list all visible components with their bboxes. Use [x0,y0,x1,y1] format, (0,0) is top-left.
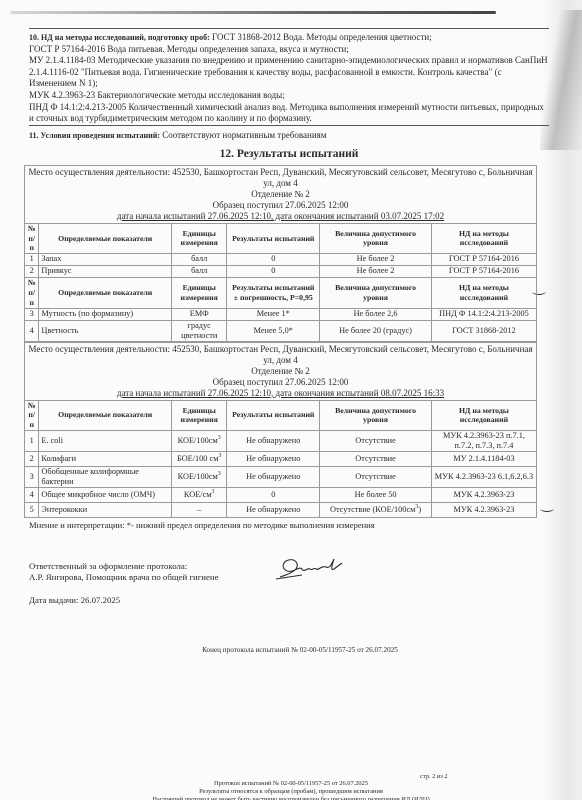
handwritten-signature-icon [272,555,352,581]
method-line: ПНД Ф 14.1:2:4.213-2005 Количественный х… [29,102,549,125]
table-row: 1 E. coli КОЕ/100см3 Не обнаружено Отсут… [25,430,537,451]
limit: Не более 2,6 [320,308,432,320]
conditions-value: Соответствуют нормативным требованиям [162,130,326,140]
col-header: Величина допустимого уровня [320,400,432,430]
test-dates: дата начала испытаний 27.06.2025 12:10, … [27,211,534,222]
table-row: 4 Общее микробное число (ОМЧ) КОЕ/см3 0 … [25,487,537,502]
sample-info: Место осуществления деятельности: 452530… [25,342,537,400]
table-row: 4 Цветность градус цветности Менее 5,0* … [25,320,537,341]
footer-line: Настоящий протокол не может быть частичн… [0,796,582,800]
section-11-label: 11. Условия проведения испытаний: [29,131,160,140]
result: Менее 1* [227,308,320,320]
method: МУК 4.2.3963-23 [431,502,536,517]
result: Не обнаружено [227,430,320,451]
unit-text: КОЕ/см [184,490,212,499]
unit-exponent: 3 [212,489,215,495]
unit-exponent: 3 [218,453,221,459]
indicator-name: Цветность [39,320,172,341]
page-edge-shadow [10,11,496,14]
result: 0 [227,265,320,277]
unit: балл [172,265,227,277]
row-number: 3 [25,308,39,320]
limit: Не более 20 (градус) [320,320,432,341]
limit: Отсутствие [320,430,432,451]
section-10-methods: 10. НД на методы исследований, подготовк… [29,29,549,125]
unit: балл [172,253,227,265]
method-line: ГОСТ 31868-2012 Вода. Методы определения… [212,32,432,42]
col-header: Определяемые показатели [39,223,172,253]
col-header: Единицы измерения [172,223,227,253]
results-table-1: Место осуществления деятельности: 452530… [24,165,537,342]
indicator-name: Общее микробное число (ОМЧ) [39,487,172,502]
table-row: 3 Мутность (по формазину) ЕМФ Менее 1* Н… [25,308,537,320]
department: Отделение № 2 [27,189,534,200]
footer-line: Протокол испытаний № 02-00-05/11957-25 о… [0,780,582,788]
table-row: 3 Обобщенные колиформные бактерии КОЕ/10… [25,466,537,487]
unit: градус цветности [172,320,227,341]
row-number: 1 [25,430,39,451]
unit: КОЕ/100см3 [172,430,227,451]
signature-block: Ответственный за оформление протокола: А… [29,561,549,583]
result: 0 [227,487,320,502]
sample-received: Образец поступил 27.06.2025 12:00 [27,200,534,211]
table-row: 5 Энтерококки – Не обнаружено Отсутствие… [25,502,537,517]
indicator-name: Привкус [39,265,172,277]
col-header: № п/п [25,400,39,430]
unit: – [172,502,227,517]
method-line: МУК 4.2.3963-23 Бактериологические метод… [29,90,549,102]
col-header: Результаты испытаний [227,400,320,430]
limit-tail: ) [418,505,421,514]
method: МУК 4.2.3963-23 п.7.1, п.7.2, п.7.3, п.7… [431,430,536,451]
table-row: 2 Колифаги БОЕ/100 см3 Не обнаружено Отс… [25,451,537,466]
limit: Отсутствие [320,466,432,487]
section-11-conditions: 11. Условия проведения испытаний: Соотве… [29,130,549,142]
col-header: Результаты испытаний ± погрешность, Р=0,… [227,277,320,308]
col-header: Определяемые показатели [39,277,172,308]
page-footer: Протокол испытаний № 02-00-05/11957-25 о… [0,780,582,800]
method: ГОСТ Р 57164-2016 [431,253,536,265]
method: ГОСТ Р 57164-2016 [431,265,536,277]
limit: Не более 2 [320,253,432,265]
result: Не обнаружено [227,451,320,466]
indicator-name: Мутность (по формазину) [39,308,172,320]
unit-exponent: 3 [218,435,221,441]
col-header: Величина допустимого уровня [320,277,432,308]
section-12-title: 12. Результаты испытаний [29,149,549,161]
result: Не обнаружено [227,502,320,517]
col-header: Единицы измерения [172,400,227,430]
method: МУК 4.2.3963-23 [431,487,536,502]
limit-text: Отсутствие (КОЕ/100см [330,505,415,514]
activity-place: Место осуществления деятельности: 452530… [27,344,534,366]
row-number: 1 [25,253,39,265]
indicator-name: Обобщенные колиформные бактерии [39,466,172,487]
method: ПНД Ф 14.1:2:4.213-2005 [431,308,536,320]
col-header: НД на методы исследований [431,223,536,253]
page-number: стр. 2 из 2 [420,773,448,780]
row-number: 4 [25,320,39,341]
method: МУК 4.2.3963-23 6.1,6.2,6.3 [431,466,536,487]
document-page: 10. НД на методы исследований, подготовк… [29,28,549,656]
unit-text: БОЕ/100 см [177,454,219,463]
table-row: 2 Привкус балл 0 Не более 2 ГОСТ Р 57164… [25,265,537,277]
unit-text: КОЕ/100см [178,436,218,445]
method-line: МУ 2.1.4.1184-03 Методические указания п… [29,55,549,90]
unit: КОЕ/см3 [172,487,227,502]
test-dates: дата начала испытаний 27.06.2025 12:10, … [27,388,534,399]
limit: Не более 50 [320,487,432,502]
col-header: Определяемые показатели [39,400,172,430]
unit-text: КОЕ/100см [178,472,218,481]
row-number: 4 [25,487,39,502]
unit: ЕМФ [172,308,227,320]
limit: Отсутствие (КОЕ/100см3) [320,502,432,517]
row-number: 3 [25,466,39,487]
indicator-name: Энтерококки [39,502,172,517]
col-header: Величина допустимого уровня [320,223,432,253]
protocol-end: Конец протокола испытаний № 02-00-05/119… [29,645,549,657]
method: МУ 2.1.4.1184-03 [431,451,536,466]
department: Отделение № 2 [27,366,534,377]
indicator-name: Колифаги [39,451,172,466]
method-line: ГОСТ Р 57164-2016 Вода питьевая. Методы … [29,44,549,56]
result: Менее 5,0* [227,320,320,341]
sample-info: Место осуществления деятельности: 452530… [25,165,537,223]
limit: Не более 2 [320,265,432,277]
indicator-name: E. coli [39,430,172,451]
indicator-name: Запах [39,253,172,265]
results-table-2: Место осуществления деятельности: 452530… [24,342,537,518]
footer-line: Результаты относятся к образцам (пробам)… [0,788,582,796]
row-number: 5 [25,502,39,517]
sample-received: Образец поступил 27.06.2025 12:00 [27,377,534,388]
interpretation-note: Мнение и интерпретации: *- нижний предел… [29,520,549,532]
activity-place: Место осуществления деятельности: 452530… [27,167,534,189]
issue-date: Дата выдачи: 26.07.2025 [29,595,549,607]
col-header: НД на методы исследований [431,400,536,430]
row-number: 2 [25,451,39,466]
unit-exponent: 3 [218,471,221,477]
divider [29,125,549,126]
section-10-label: 10. НД на методы исследований, подготовк… [29,33,210,42]
result: 0 [227,253,320,265]
col-header: № п/п [25,277,39,308]
method: ГОСТ 31868-2012 [431,320,536,341]
table-row: 1 Запах балл 0 Не более 2 ГОСТ Р 57164-2… [25,253,537,265]
col-header: НД на методы исследований [431,277,536,308]
result: Не обнаружено [227,466,320,487]
col-header: Единицы измерения [172,277,227,308]
row-number: 2 [25,265,39,277]
unit: БОЕ/100 см3 [172,451,227,466]
col-header: № п/п [25,223,39,253]
col-header: Результаты испытаний [227,223,320,253]
limit: Отсутствие [320,451,432,466]
unit: КОЕ/100см3 [172,466,227,487]
